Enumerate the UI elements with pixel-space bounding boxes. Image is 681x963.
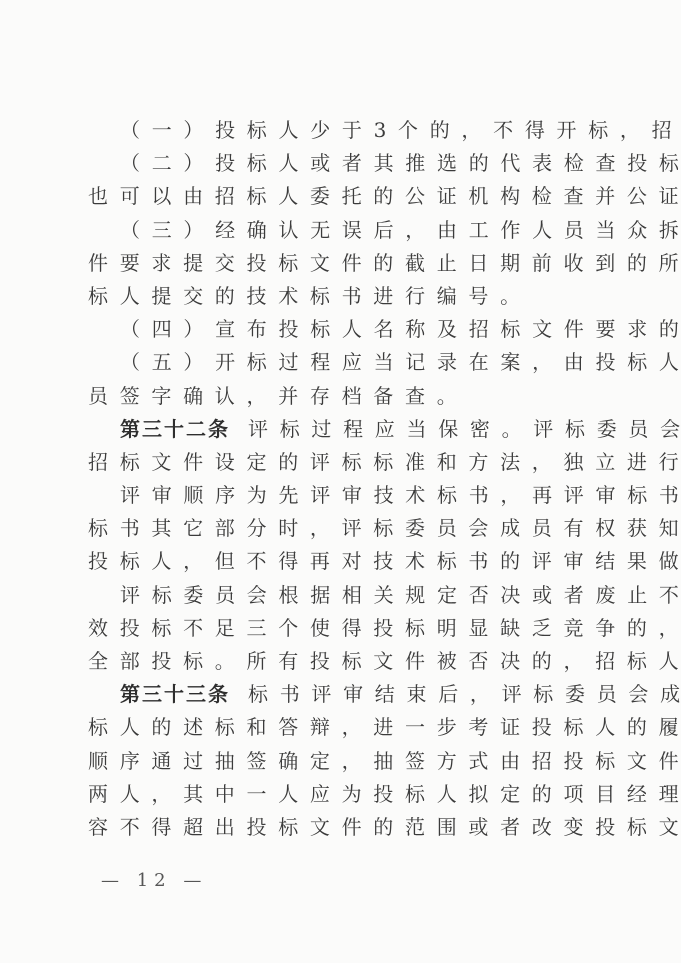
paragraph-line: 标人的述标和答辩，进一步考证投标人的履约能力。述标和答辩 xyxy=(88,711,608,744)
paragraph-line: （一）投标人少于3个的，不得开标，招标人应当重新招标。 xyxy=(88,114,608,147)
paragraph-line: 标人提交的技术标书进行编号。 xyxy=(88,280,608,313)
article-heading: 第三十三条 xyxy=(120,682,230,706)
paragraph-line: 招标文件设定的评标标准和方法，独立进行评审。 xyxy=(88,446,608,479)
paragraph-line: 标书其它部分时，评标委员会成员有权获知提交技术标书的对应 xyxy=(88,512,608,545)
paragraph-line: 也可以由招标人委托的公证机构检查并公证。 xyxy=(88,180,608,213)
article-heading: 第三十二条 xyxy=(120,417,230,441)
paragraph-text: 评标过程应当保密。评标委员会成员应当按照 xyxy=(248,417,681,441)
paragraph-line: 评审顺序为先评审技术标书，再评审标书的其它部分。评审 xyxy=(88,479,608,512)
paragraph-line: 全部投标。所有投标文件被否决的，招标人应当依法重新招标。 xyxy=(88,645,608,678)
paragraph-line: （五）开标过程应当记录在案，由投标人代表及其他相关人 xyxy=(88,346,608,379)
paragraph-text: 标书评审结束后，评标委员会成员集体听取投 xyxy=(248,682,681,706)
article-33-first-line: 第三十三条标书评审结束后，评标委员会成员集体听取投 xyxy=(88,678,608,711)
paragraph-line: 效投标不足三个使得投标明显缺乏竞争的，评标委员会可以否决 xyxy=(88,612,608,645)
paragraph-line: （三）经确认无误后，由工作人员当众拆封招标人在招标文 xyxy=(88,214,608,247)
article-32-first-line: 第三十二条评标过程应当保密。评标委员会成员应当按照 xyxy=(88,413,608,446)
paragraph-line: 员签字确认，并存档备查。 xyxy=(88,380,608,413)
paragraph-line: 件要求提交投标文件的截止日期前收到的所有投标文件，并对投 xyxy=(88,247,608,280)
paragraph-line: 顺序通过抽签确定，抽签方式由招投标文件规定。答辩人可以为 xyxy=(88,745,608,778)
document-body: （一）投标人少于3个的，不得开标，招标人应当重新招标。 （二）投标人或者其推选的… xyxy=(88,114,608,844)
paragraph-line: 评标委员会根据相关规定否决或者废止不合格投标后，因有 xyxy=(88,579,608,612)
paragraph-line: 容不得超出投标文件的范围或者改变投标文件的实质性内容。招 xyxy=(88,811,608,844)
page-number: — 12 — xyxy=(101,870,207,891)
paragraph-line: （四）宣布投标人名称及招标文件要求的其他的内容。 xyxy=(88,313,608,346)
paragraph-line: 投标人，但不得再对技术标书的评审结果做出任何修改。 xyxy=(88,545,608,578)
paragraph-line: （二）投标人或者其推选的代表检查投标文件的密封情况， xyxy=(88,147,608,180)
paragraph-line: 两人，其中一人应为投标人拟定的项目经理，其述标和答辩的内 xyxy=(88,778,608,811)
